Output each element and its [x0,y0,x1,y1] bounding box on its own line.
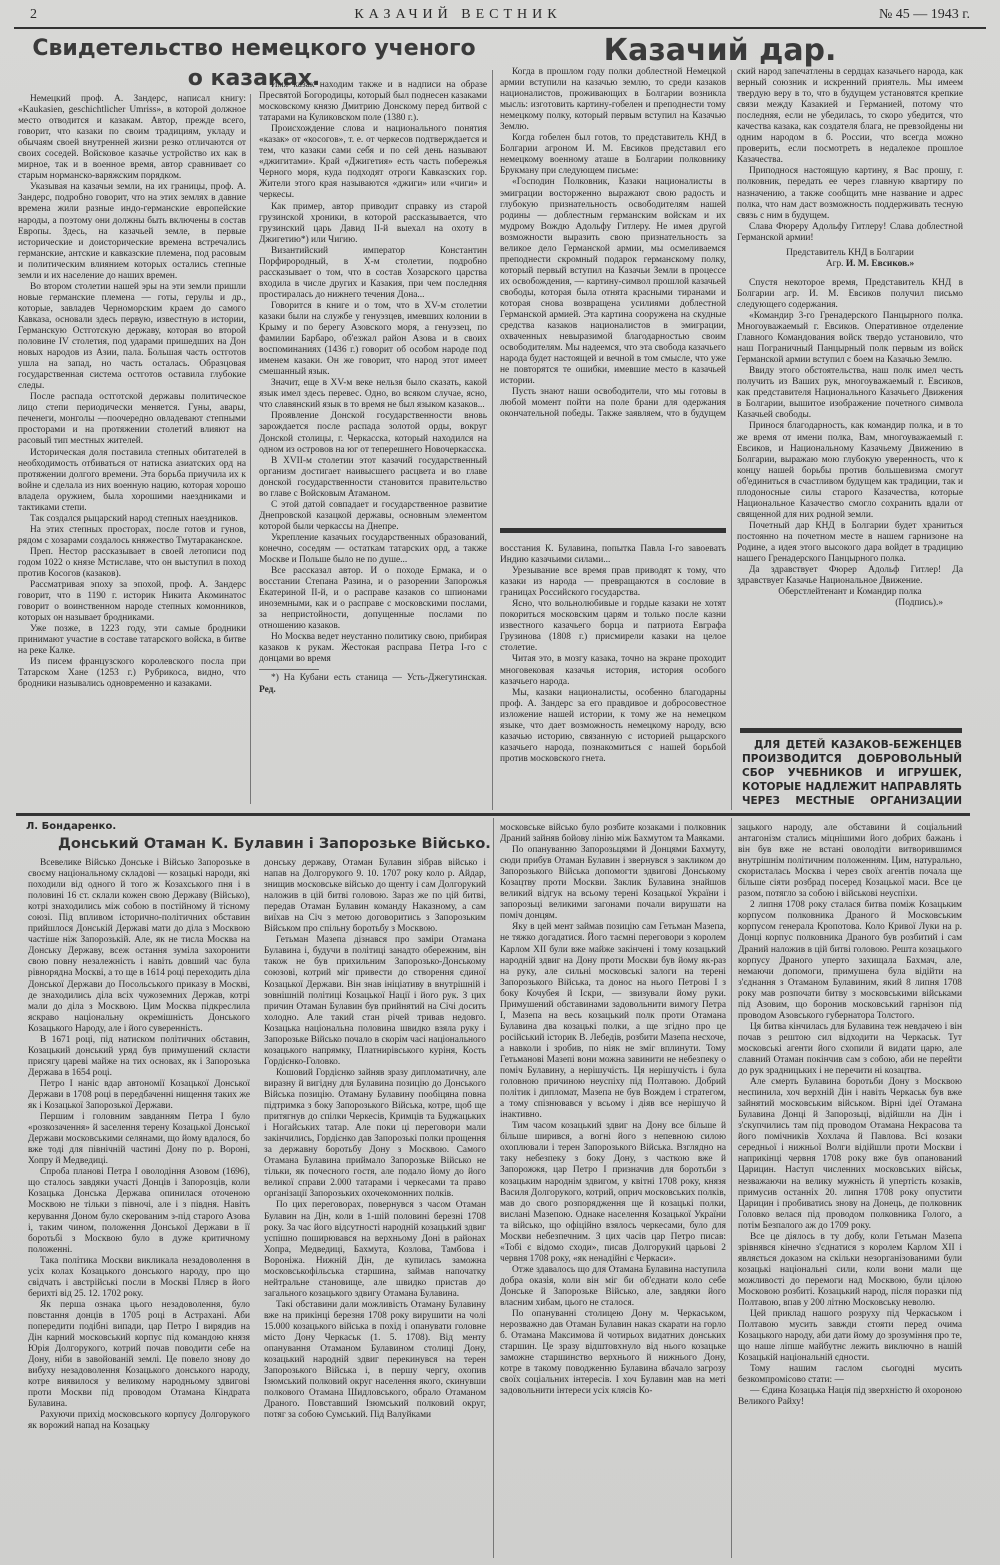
paragraph: Рассматривая эпоху за эпохой, проф. А. З… [18,580,246,624]
paragraph: Першим і головним завданням Петра І було… [28,1112,250,1167]
paragraph: Тому нашим гаслом сьогодні мусить безком… [738,1364,962,1386]
article1-column-2: Имя казак находим также и в надписи на о… [259,80,487,810]
footnote-text: *) На Кубани есть станица — Усть-Джегути… [271,673,487,683]
article3-column-4: зацького народу, але обставини й соціаль… [738,823,962,1558]
paragraph: Така політика Москви викликала незадовол… [28,1256,250,1300]
paragraph: Урезывание все время прав приводят к том… [500,566,726,599]
signature-name-line: Агр. И. М. Евсиков.» [737,259,963,270]
section-rule [16,813,970,816]
paragraph: ский народ запечатлены в сердцах казачье… [737,67,963,166]
column-divider [731,70,732,810]
article1-continuation: восстания К. Булавина, попытка Павла I-г… [500,544,726,810]
paragraph: На этих степных просторах, после готов и… [18,525,246,547]
paragraph: Так создался рыцарский народ степных нае… [18,514,246,525]
signature-title: Представитель КНД в Болгарии [737,248,963,259]
paragraph: Все рассказал автор. И о походе Ермака, … [259,566,487,632]
page-number: 2 [30,7,37,23]
signature-block: Представитель КНД в Болгарии Агр. И. М. … [737,248,963,270]
article3-author: Л. Бондаренко. [26,821,116,832]
article3-column-3: московське військо було розбите козаками… [500,823,726,1558]
signature-title: Оберстлейтенант и Командир полка [737,587,963,598]
page-header: 2 КАЗАЧИЙ ВЕСТНИК № 45 — 1943 г. [30,4,970,26]
paragraph: В XVII-м столетии этот казачий государст… [259,456,487,500]
footnote-editor: Ред. [259,685,276,695]
paragraph: Рахуючи прихід московського корпусу Долг… [28,1410,250,1432]
paragraph: По опануванні столицею Дону м. Черкасько… [500,1309,726,1397]
paragraph: московське військо було розбите козаками… [500,823,726,845]
article1-title-line1: Свидетельство немецкого ученого [14,34,494,64]
article2-column-1: Когда в прошлом году полки доблестной Не… [500,67,726,421]
paragraph: Ясно, что вольнолюбивые и гордые казаки … [500,599,726,654]
section-rule [740,728,962,733]
paragraph: зацького народу, але обставини й соціаль… [738,823,962,900]
paragraph: Пусть знают наши освободители, что мы го… [500,387,726,421]
signature-mark: (Подпись).» [737,598,963,609]
paragraph: С этой датой совпадает и государственное… [259,500,487,533]
signature-name: И. М. Евсиков.» [846,259,914,269]
paragraph: 2 липня 1708 року сталася битва поміж Ко… [738,900,962,1022]
paragraph: — Єдина Козацька Нація під зверхністю й … [738,1386,962,1408]
paragraph: Уже позже, в 1223 году, эти самые бродни… [18,624,246,657]
paragraph: Спустя некоторое время, Представитель КН… [737,278,963,311]
issue-number: № 45 — 1943 г. [879,7,970,23]
paragraph: Мы, казаки националисты, особенно благод… [500,688,726,765]
paragraph: «Командир 3-го Гренадерского Панцырного … [737,311,963,366]
article3-column-1: Всевелике Військо Донське і Військо Запо… [28,858,250,1558]
paragraph: Проявление Донской государственности вно… [259,411,487,455]
paragraph: Немецкий проф. А. Зандерс, написал книгу… [18,94,246,182]
section-rule [500,528,726,533]
paragraph: Як перша ознака цього незадоволення, бул… [28,1300,250,1410]
article3-column-2: донську державу, Отаман Булавин зібрав в… [264,858,486,1558]
paragraph: Але смерть Булавина боротьби Дону з Моск… [738,1077,962,1232]
paragraph: Всевелике Військо Донське і Військо Запо… [28,858,250,1035]
signature-block-2: Оберстлейтенант и Командир полка (Подпис… [737,587,963,609]
paragraph: Читая это, в мозгу казака, точно на экра… [500,654,726,687]
article3-title: Донський Отаман К. Булавин і Запорозьке … [58,836,491,852]
footnote: *) На Кубани есть станица — Усть-Джегути… [259,673,487,695]
paragraph: донську державу, Отаман Булавин зібрав в… [264,858,486,935]
paragraph: Да здравствует Фюрер Адольф Гитлер! Да з… [737,565,963,587]
paragraph: Значит, еще в XV-м веке нельзя было сказ… [259,378,487,411]
paragraph: Историческая доля поставила степных обит… [18,448,246,514]
paragraph: Ця битва кінчилась для Булавина теж невд… [738,1022,962,1077]
newspaper-title: КАЗАЧИЙ ВЕСТНИК [354,7,561,23]
column-divider [492,70,493,810]
signature-prefix: Агр. [826,259,844,269]
paragraph: Такі обставини дали можливість Отаману Б… [264,1300,486,1422]
article2-column-2: ский народ запечатлены в сердцах казачье… [737,67,963,687]
paragraph: Как пример, автор приводит справку из ст… [259,202,487,246]
paragraph: Яку в цей мент займав позицію сам Гетьма… [500,922,726,1121]
paragraph: «Господин Полковник, Казаки националисты… [500,177,726,387]
paragraph: Петро І наніс вдар автономії Козацької Д… [28,1079,250,1112]
paragraph: По цих переговорах, повернувся з часом О… [264,1200,486,1299]
header-rule [14,27,986,29]
column-divider [731,818,732,1558]
paragraph: Принося благодарность, как командир полк… [737,421,963,520]
paragraph: Ввиду этого обстоятельства, наш полк име… [737,366,963,421]
paragraph: Преп. Нестор рассказывает в своей летопи… [18,547,246,580]
paragraph: После распада остготской державы политич… [18,392,246,447]
paragraph: По опануванню Запорозьцями й Донцями Бах… [500,845,726,922]
article1-column-1: Немецкий проф. А. Зандерс, написал книгу… [18,94,246,806]
paragraph: Когда гобелен был готов, то представител… [500,133,726,177]
paragraph: Все це діялось в ту добу, коли Гетьман М… [738,1232,962,1309]
notice-box: ДЛЯ ДЕТЕЙ КАЗАКОВ-БЕЖЕНЦЕВ ПРОИЗВОДИТСЯ … [742,738,962,810]
paragraph: Из писем французского королевского посла… [18,657,246,690]
paragraph: Спроба планові Петра І оволодіння Азовом… [28,1167,250,1255]
paragraph: В 1671 році, під натиском політичних обс… [28,1035,250,1079]
paragraph: Отже здавалось що для Отамана Булавина н… [500,1265,726,1309]
paragraph: Приподнося настоящую картину, я Вас прош… [737,166,963,221]
article2-title: Казачий дар. [570,34,870,68]
paragraph: Тим часом козацький здвиг на Дону все бі… [500,1121,726,1265]
paragraph: восстания К. Булавина, попытка Павла I-г… [500,544,726,566]
column-divider [250,94,251,804]
paragraph: Имя казак находим также и в надписи на о… [259,80,487,124]
paragraph: Говорится в книге и о том, что в XV-м ст… [259,301,487,378]
newspaper-page: 2 КАЗАЧИЙ ВЕСТНИК № 45 — 1943 г. Свидете… [0,0,1000,1565]
paragraph: Укрепление казачьих государственных обра… [259,533,487,566]
footnote-rule [259,669,319,670]
paragraph: Кошовий Гордієнко зайняв зразу дипломати… [264,1068,486,1201]
paragraph: Гетьман Мазепа дізнався про заміри Отама… [264,935,486,1068]
paragraph: Во втором столетии нашей эры на эти земл… [18,282,246,392]
paragraph: Происхождение слова и национального поня… [259,124,487,201]
paragraph: Когда в прошлом году полки доблестной Не… [500,67,726,133]
paragraph: Слава Фюреру Адольфу Гитлеру! Слава добл… [737,222,963,244]
paragraph: Указывая на казачьи земли, на их границы… [18,182,246,281]
paragraph: Византийский император Константин Порфир… [259,246,487,301]
column-divider [493,818,494,1558]
paragraph: Но Москва ведет неустанно политику свою,… [259,632,487,665]
paragraph: Цей приклад нашого розруху під Черкасько… [738,1309,962,1364]
paragraph: Почетный дар КНД в Болгарии будет хранит… [737,521,963,565]
